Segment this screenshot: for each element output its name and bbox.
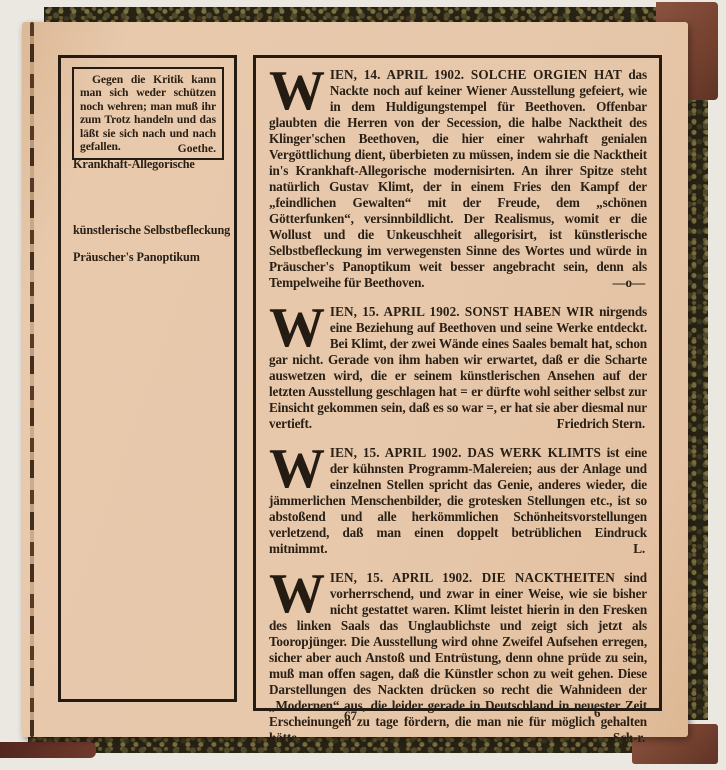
drop-cap-initial: W [269, 67, 330, 113]
margin-note-krankhaft-allegorische: Krankhaft-Allegorische [73, 157, 195, 172]
article-lead: IEN, 15. APRIL 1902. DAS WERK KLIMTS [330, 445, 601, 460]
margin-note-praeuschers-panoptikum: Präuscher's Panoptikum [73, 250, 200, 265]
article-signature: Sch-r. [613, 730, 645, 746]
book-page: Gegen die Kritik kann man sich weder sch… [22, 22, 688, 737]
article-wien-15-april-1902-das-werk: W IEN, 15. APRIL 1902. DAS WERK KLIMTS i… [269, 445, 647, 557]
article-signature: —o— [612, 275, 645, 291]
article-lead: IEN, 15. APRIL 1902. SONST HABEN WIR [330, 304, 594, 319]
article-lead: IEN, 14. APRIL 1902. SOLCHE ORGIEN HAT [330, 67, 622, 82]
goethe-quote-attribution: Goethe. [178, 142, 216, 155]
drop-cap-initial: W [269, 445, 330, 491]
goethe-quote-box: Gegen die Kritik kann man sich weder sch… [72, 67, 224, 160]
scanned-book-page: Gegen die Kritik kann man sich weder sch… [0, 0, 726, 770]
article-lead: IEN, 15. APRIL 1902. DIE NACKTHEITEN [330, 570, 615, 585]
binding-stitch-seam [30, 22, 34, 737]
article-wien-15-april-1902-sonst: W IEN, 15. APRIL 1902. SONST HABEN WIR n… [269, 304, 647, 432]
leather-edge-bottom-left [0, 742, 96, 758]
main-text-box: W IEN, 14. APRIL 1902. SOLCHE ORGIEN HAT… [253, 55, 662, 711]
article-signature: Friedrich Stern. [557, 416, 645, 432]
drop-cap-initial: W [269, 570, 330, 616]
article-wien-14-april-1902: W IEN, 14. APRIL 1902. SOLCHE ORGIEN HAT… [269, 67, 647, 291]
article-wien-15-april-1902-nacktheiten: W IEN, 15. APRIL 1902. DIE NACKTHEITEN s… [269, 570, 647, 746]
margin-column-box: Gegen die Kritik kann man sich weder sch… [58, 55, 237, 702]
article-signature: L. [633, 541, 645, 557]
drop-cap-initial: W [269, 304, 330, 350]
page-number: 67 [344, 708, 357, 724]
margin-note-kuenstlerische-selbstbefleckung: künstlerische Selbstbefleckung [73, 223, 230, 238]
section-number: 6 [594, 705, 601, 721]
